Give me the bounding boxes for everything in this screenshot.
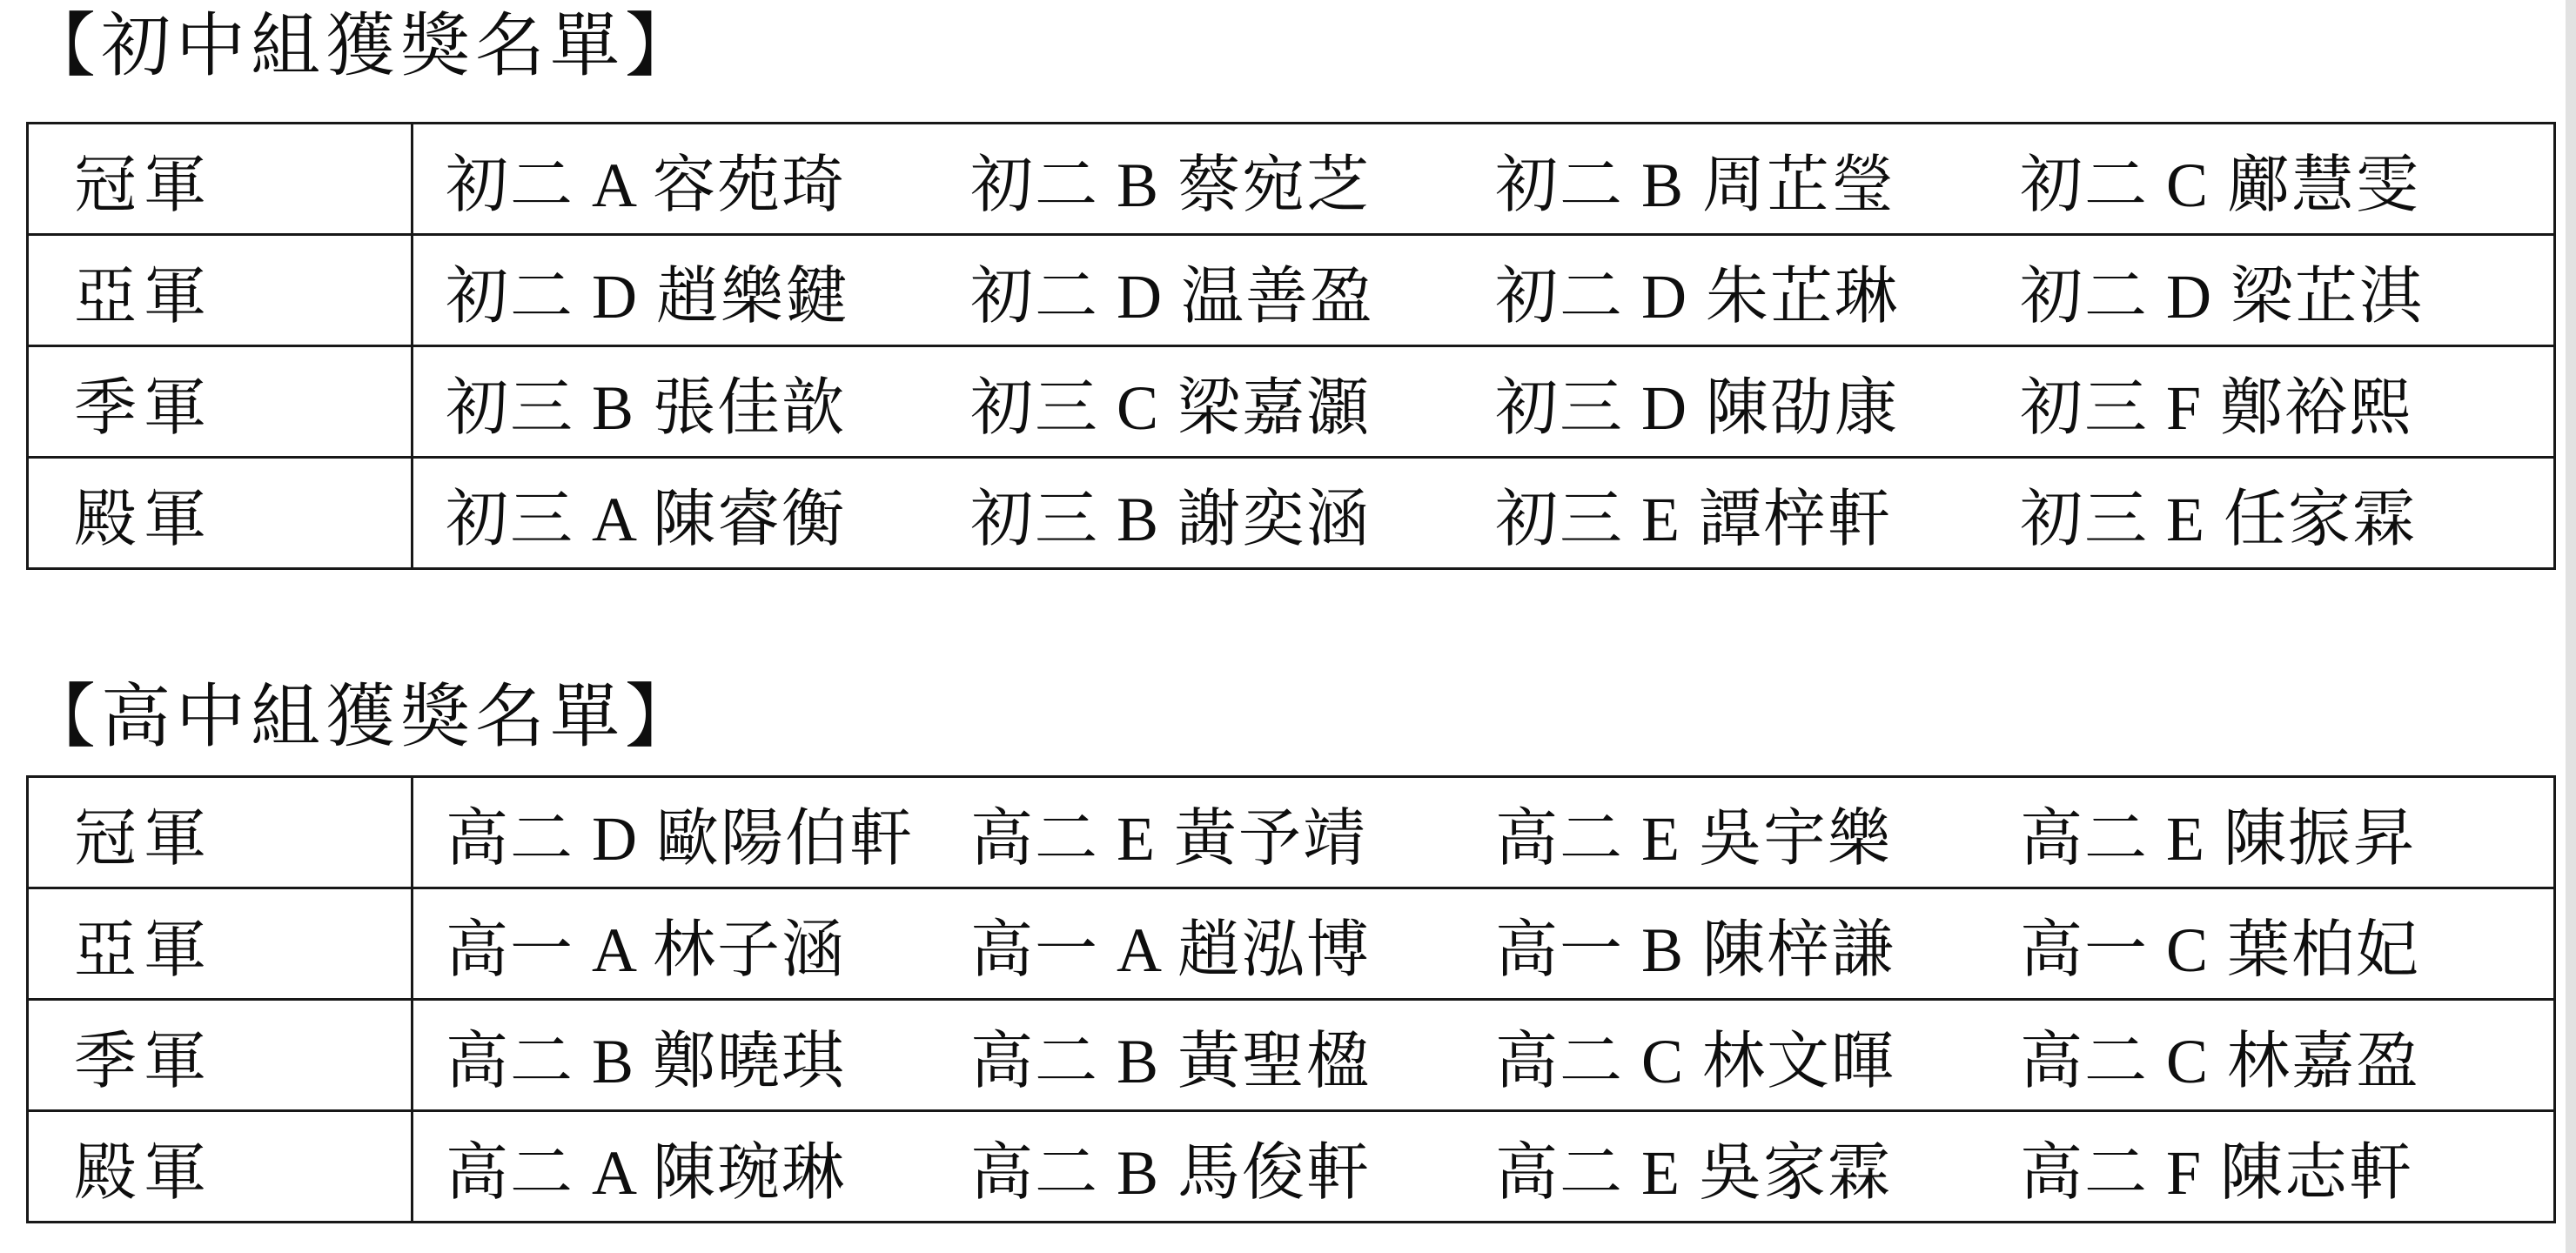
winners-cell: 高二 B 鄭曉琪 高二 B 黃聖楹 高二 C 林文暉 高二 C 林嘉盈 xyxy=(413,1001,2553,1109)
winners-cell: 初二 A 容苑琦 初二 B 蔡宛芝 初二 B 周芷瑩 初二 C 鄺慧雯 xyxy=(413,124,2553,233)
page-edge-strip xyxy=(2566,0,2576,1253)
rank-cell: 冠軍 xyxy=(29,124,413,233)
junior-awards-table: 冠軍 初二 A 容苑琦 初二 B 蔡宛芝 初二 B 周芷瑩 初二 C 鄺慧雯 亞… xyxy=(26,122,2556,570)
winners-cell: 初三 A 陳睿衡 初三 B 謝奕涵 初三 E 譚梓軒 初三 E 任家霖 xyxy=(413,459,2553,567)
winner-entry: 高二 E 吳家霖 xyxy=(1495,1122,2020,1212)
table-row: 殿軍 高二 A 陳琬琳 高二 B 馬俊軒 高二 E 吳家霖 高二 F 陳志軒 xyxy=(29,1109,2553,1221)
winner-entry: 初三 B 張佳歆 xyxy=(446,357,970,447)
winner-entry: 高二 A 陳琬琳 xyxy=(446,1122,970,1212)
document-page: 【初中組獲獎名單】 冠軍 初二 A 容苑琦 初二 B 蔡宛芝 初二 B 周芷瑩 … xyxy=(0,0,2576,1253)
table-row: 亞軍 初二 D 趙樂鍵 初二 D 温善盈 初二 D 朱芷琳 初二 D 梁芷淇 xyxy=(29,233,2553,345)
winner-entry: 初二 D 趙樂鍵 xyxy=(446,245,970,336)
rank-cell: 亞軍 xyxy=(29,236,413,345)
winner-entry: 初二 D 朱芷琳 xyxy=(1495,245,2020,336)
winners-cell: 初三 B 張佳歆 初三 C 梁嘉灝 初三 D 陳劭康 初三 F 鄭裕熙 xyxy=(413,347,2553,456)
table-row: 季軍 初三 B 張佳歆 初三 C 梁嘉灝 初三 D 陳劭康 初三 F 鄭裕熙 xyxy=(29,345,2553,456)
winners-cell: 高二 A 陳琬琳 高二 B 馬俊軒 高二 E 吳家霖 高二 F 陳志軒 xyxy=(413,1112,2553,1221)
rank-cell: 殿軍 xyxy=(29,459,413,567)
winner-entry: 初三 E 任家霖 xyxy=(2020,468,2545,559)
rank-cell: 殿軍 xyxy=(29,1112,413,1221)
rank-label: 季軍 xyxy=(74,1010,213,1101)
winner-entry: 高二 F 陳志軒 xyxy=(2020,1122,2545,1212)
winner-entry: 高二 B 馬俊軒 xyxy=(970,1122,1495,1212)
winner-entry: 高二 E 陳振昇 xyxy=(2020,787,2545,878)
rank-label: 冠軍 xyxy=(74,134,213,224)
winner-entry: 初三 D 陳劭康 xyxy=(1495,357,2020,447)
winner-entry: 高二 C 林嘉盈 xyxy=(2020,1010,2545,1101)
rank-label: 殿軍 xyxy=(74,468,213,559)
rank-cell: 亞軍 xyxy=(29,889,413,998)
rank-cell: 季軍 xyxy=(29,1001,413,1109)
winner-entry: 初三 E 譚梓軒 xyxy=(1495,468,2020,559)
senior-section-title: 【高中組獲獎名單】 xyxy=(26,676,2576,760)
winner-entry: 初三 F 鄭裕熙 xyxy=(2020,357,2545,447)
winners-cell: 高一 A 林子涵 高一 A 趙泓博 高一 B 陳梓謙 高一 C 葉柏妃 xyxy=(413,889,2553,998)
table-row: 殿軍 初三 A 陳睿衡 初三 B 謝奕涵 初三 E 譚梓軒 初三 E 任家霖 xyxy=(29,456,2553,567)
winner-entry: 高二 D 歐陽伯軒 xyxy=(446,787,970,878)
winner-entry: 初三 C 梁嘉灝 xyxy=(970,357,1495,447)
winner-entry: 初二 B 周芷瑩 xyxy=(1495,134,2020,224)
winner-entry: 初二 A 容苑琦 xyxy=(446,134,970,224)
winners-cell: 初二 D 趙樂鍵 初二 D 温善盈 初二 D 朱芷琳 初二 D 梁芷淇 xyxy=(413,236,2553,345)
winner-entry: 初二 B 蔡宛芝 xyxy=(970,134,1495,224)
rank-label: 冠軍 xyxy=(74,787,213,878)
winners-cell: 高二 D 歐陽伯軒 高二 E 黃予靖 高二 E 吳宇樂 高二 E 陳振昇 xyxy=(413,778,2553,887)
winner-entry: 高二 E 黃予靖 xyxy=(970,787,1495,878)
winner-entry: 高一 C 葉柏妃 xyxy=(2020,899,2545,989)
table-row: 冠軍 高二 D 歐陽伯軒 高二 E 黃予靖 高二 E 吳宇樂 高二 E 陳振昇 xyxy=(29,778,2553,887)
table-row: 亞軍 高一 A 林子涵 高一 A 趙泓博 高一 B 陳梓謙 高一 C 葉柏妃 xyxy=(29,887,2553,998)
winner-entry: 初三 B 謝奕涵 xyxy=(970,468,1495,559)
winner-entry: 初二 D 梁芷淇 xyxy=(2020,245,2545,336)
table-row: 冠軍 初二 A 容苑琦 初二 B 蔡宛芝 初二 B 周芷瑩 初二 C 鄺慧雯 xyxy=(29,124,2553,233)
winner-entry: 初二 C 鄺慧雯 xyxy=(2020,134,2545,224)
rank-cell: 冠軍 xyxy=(29,778,413,887)
table-row: 季軍 高二 B 鄭曉琪 高二 B 黃聖楹 高二 C 林文暉 高二 C 林嘉盈 xyxy=(29,998,2553,1109)
winner-entry: 高二 C 林文暉 xyxy=(1495,1010,2020,1101)
winner-entry: 初二 D 温善盈 xyxy=(970,245,1495,336)
rank-cell: 季軍 xyxy=(29,347,413,456)
winner-entry: 高二 B 黃聖楹 xyxy=(970,1010,1495,1101)
winner-entry: 初三 A 陳睿衡 xyxy=(446,468,970,559)
junior-section-title: 【初中組獲獎名單】 xyxy=(26,5,2576,89)
rank-label: 亞軍 xyxy=(74,245,213,336)
winner-entry: 高一 B 陳梓謙 xyxy=(1495,899,2020,989)
rank-label: 亞軍 xyxy=(74,899,213,989)
winner-entry: 高二 E 吳宇樂 xyxy=(1495,787,2020,878)
rank-label: 殿軍 xyxy=(74,1122,213,1212)
winner-entry: 高一 A 趙泓博 xyxy=(970,899,1495,989)
winner-entry: 高一 A 林子涵 xyxy=(446,899,970,989)
rank-label: 季軍 xyxy=(74,357,213,447)
senior-awards-table: 冠軍 高二 D 歐陽伯軒 高二 E 黃予靖 高二 E 吳宇樂 高二 E 陳振昇 … xyxy=(26,775,2556,1223)
winner-entry: 高二 B 鄭曉琪 xyxy=(446,1010,970,1101)
